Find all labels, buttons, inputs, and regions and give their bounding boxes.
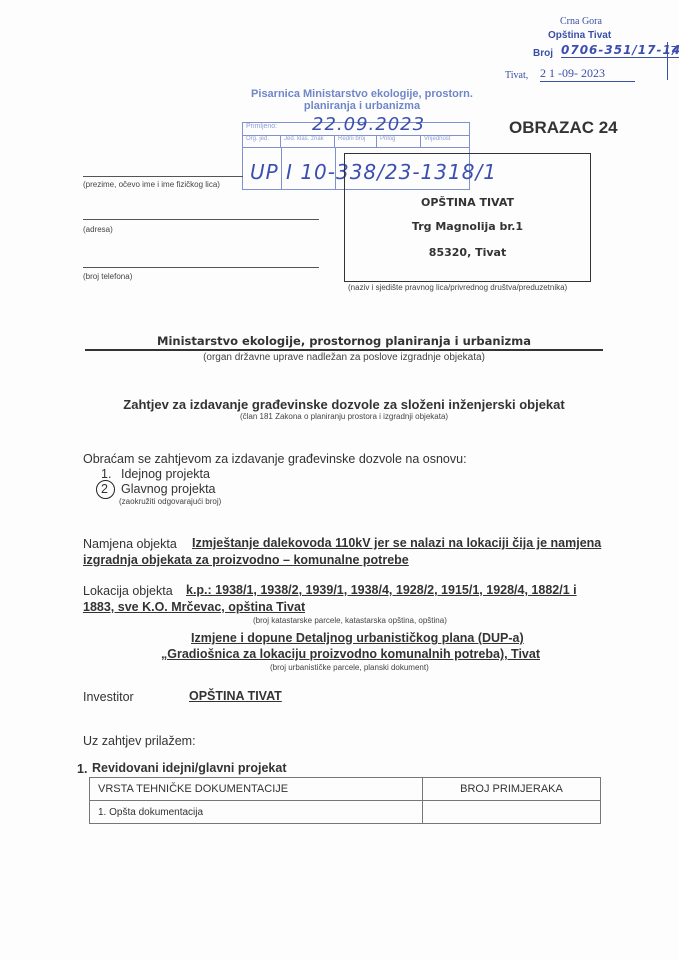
location-caption: (broj katastarske parcele, katastarska o…	[253, 616, 447, 625]
purpose-label: Namjena objekta	[83, 537, 177, 551]
applicant-name-caption: (prezime, očevo ime i ime fizičkog lica)	[83, 180, 220, 189]
recipient-street: Trg Magnolija br.1	[345, 220, 590, 233]
attachments-intro: Uz zahtjev prilažem:	[83, 734, 196, 748]
registry-col-attachment: Prilog	[377, 136, 421, 147]
table-row: 1. Opšta dokumentacija	[90, 801, 601, 824]
stamp-number-label: Broj	[533, 48, 553, 59]
option-1-label: Idejnog projekta	[121, 467, 210, 481]
table-header-type: VRSTA TEHNIČKE DOKUMENTACIJE	[90, 778, 423, 801]
applicant-phone-caption: (broj telefona)	[83, 272, 132, 281]
plan-value-line1: Izmjene i dopune Detaljnog urbanističkog…	[191, 631, 524, 645]
authority-name: Ministarstvo ekologije, prostornog plani…	[85, 334, 603, 348]
plan-value-line2: „Gradiošnica za lokaciju proizvodno komu…	[161, 647, 540, 661]
stamp-municipality: Opština Tivat	[548, 30, 611, 41]
plan-caption: (broj urbanističke parcele, planski doku…	[270, 663, 429, 672]
table-cell-count[interactable]	[423, 801, 601, 824]
attachments-section-number: 1.	[77, 762, 87, 776]
registry-col-org: Org. jed.	[243, 136, 281, 147]
registry-columns-row: Org. jed. Jed. klas. znak Redni broj Pri…	[243, 136, 469, 148]
registry-col-number: Redni broj	[335, 136, 377, 147]
stamp-number-value: 0706-351/17-143	[561, 43, 679, 58]
form-code: OBRAZAC 24	[509, 118, 618, 138]
purpose-value-line2: izgradnja objekata za proizvodno – komun…	[83, 553, 409, 567]
authority-caption: (organ državne uprave nadležan za poslov…	[85, 352, 603, 363]
table-header-count: BROJ PRIMJERAKA	[423, 778, 601, 801]
applicant-phone-line[interactable]	[83, 267, 319, 268]
stamp-place-label: Tivat,	[505, 70, 528, 81]
registry-col-value: Vrijednost	[421, 136, 469, 147]
applicant-name-line[interactable]	[83, 176, 243, 177]
investor-label: Investitor	[83, 690, 134, 704]
stamp-number-row: Broj 0706-351/17-143	[533, 48, 553, 59]
attachments-table: VRSTA TEHNIČKE DOKUMENTACIJE BROJ PRIMJE…	[89, 777, 601, 824]
table-header-row: VRSTA TEHNIČKE DOKUMENTACIJE BROJ PRIMJE…	[90, 778, 601, 801]
request-title: Zahtjev za izdavanje građevinske dozvole…	[85, 397, 603, 412]
stamp-country: Crna Gora	[560, 16, 602, 27]
location-label: Lokacija objekta	[83, 584, 173, 598]
recipient-city: 85320, Tivat	[345, 246, 590, 259]
investor-value: OPŠTINA TIVAT	[189, 689, 282, 703]
stamp-date-row: Tivat, 2 1 -09- 2023	[505, 70, 528, 81]
purpose-value-line1: Izmještanje dalekovoda 110kV jer se nala…	[192, 536, 601, 550]
stamp-number-suffix: 74	[670, 44, 679, 58]
applicant-address-caption: (adresa)	[83, 225, 113, 234]
registry-stamp-line2: planiranja i urbanizma	[242, 100, 482, 112]
attachments-section-title: Revidovani idejni/glavni projekat	[92, 761, 287, 775]
location-value-line2: 1883, sve K.O. Mrčevac, opština Tivat	[83, 600, 305, 614]
request-intro: Obraćam se zahtjevom za izdavanje građev…	[83, 452, 467, 466]
option-1-number[interactable]: 1.	[101, 467, 111, 481]
registry-received-label: Primljeno:	[243, 123, 277, 130]
recipient-caption: (naziv i sjedište pravnog lica/privredno…	[348, 283, 567, 292]
table-cell-item: 1. Opšta dokumentacija	[90, 801, 423, 824]
options-caption: (zaokružiti odgovarajući broj)	[119, 497, 221, 506]
authority-divider	[85, 349, 603, 351]
option-2-label: Glavnog projekta	[121, 482, 216, 496]
recipient-name: OPŠTINA TIVAT	[345, 196, 590, 209]
registry-stamp-line1: Pisarnica Ministarstvo ekologije, prosto…	[242, 88, 482, 100]
stamp-date-value: 2 1 -09- 2023	[540, 66, 635, 82]
applicant-address-line[interactable]	[83, 219, 319, 220]
registry-col-class: Jed. klas. znak	[281, 136, 335, 147]
registry-date-handwritten: 22.09.2023	[312, 114, 425, 135]
recipient-box: OPŠTINA TIVAT Trg Magnolija br.1 85320, …	[344, 153, 591, 282]
stamp-divider	[667, 42, 668, 80]
option-2-number[interactable]: 2	[101, 482, 108, 496]
request-subtitle: (član 181 Zakona o planiranju prostora i…	[85, 412, 603, 421]
location-value-line1: k.p.: 1938/1, 1938/2, 1939/1, 1938/4, 19…	[186, 583, 577, 597]
registry-stamp-title: Pisarnica Ministarstvo ekologije, prosto…	[242, 88, 482, 112]
